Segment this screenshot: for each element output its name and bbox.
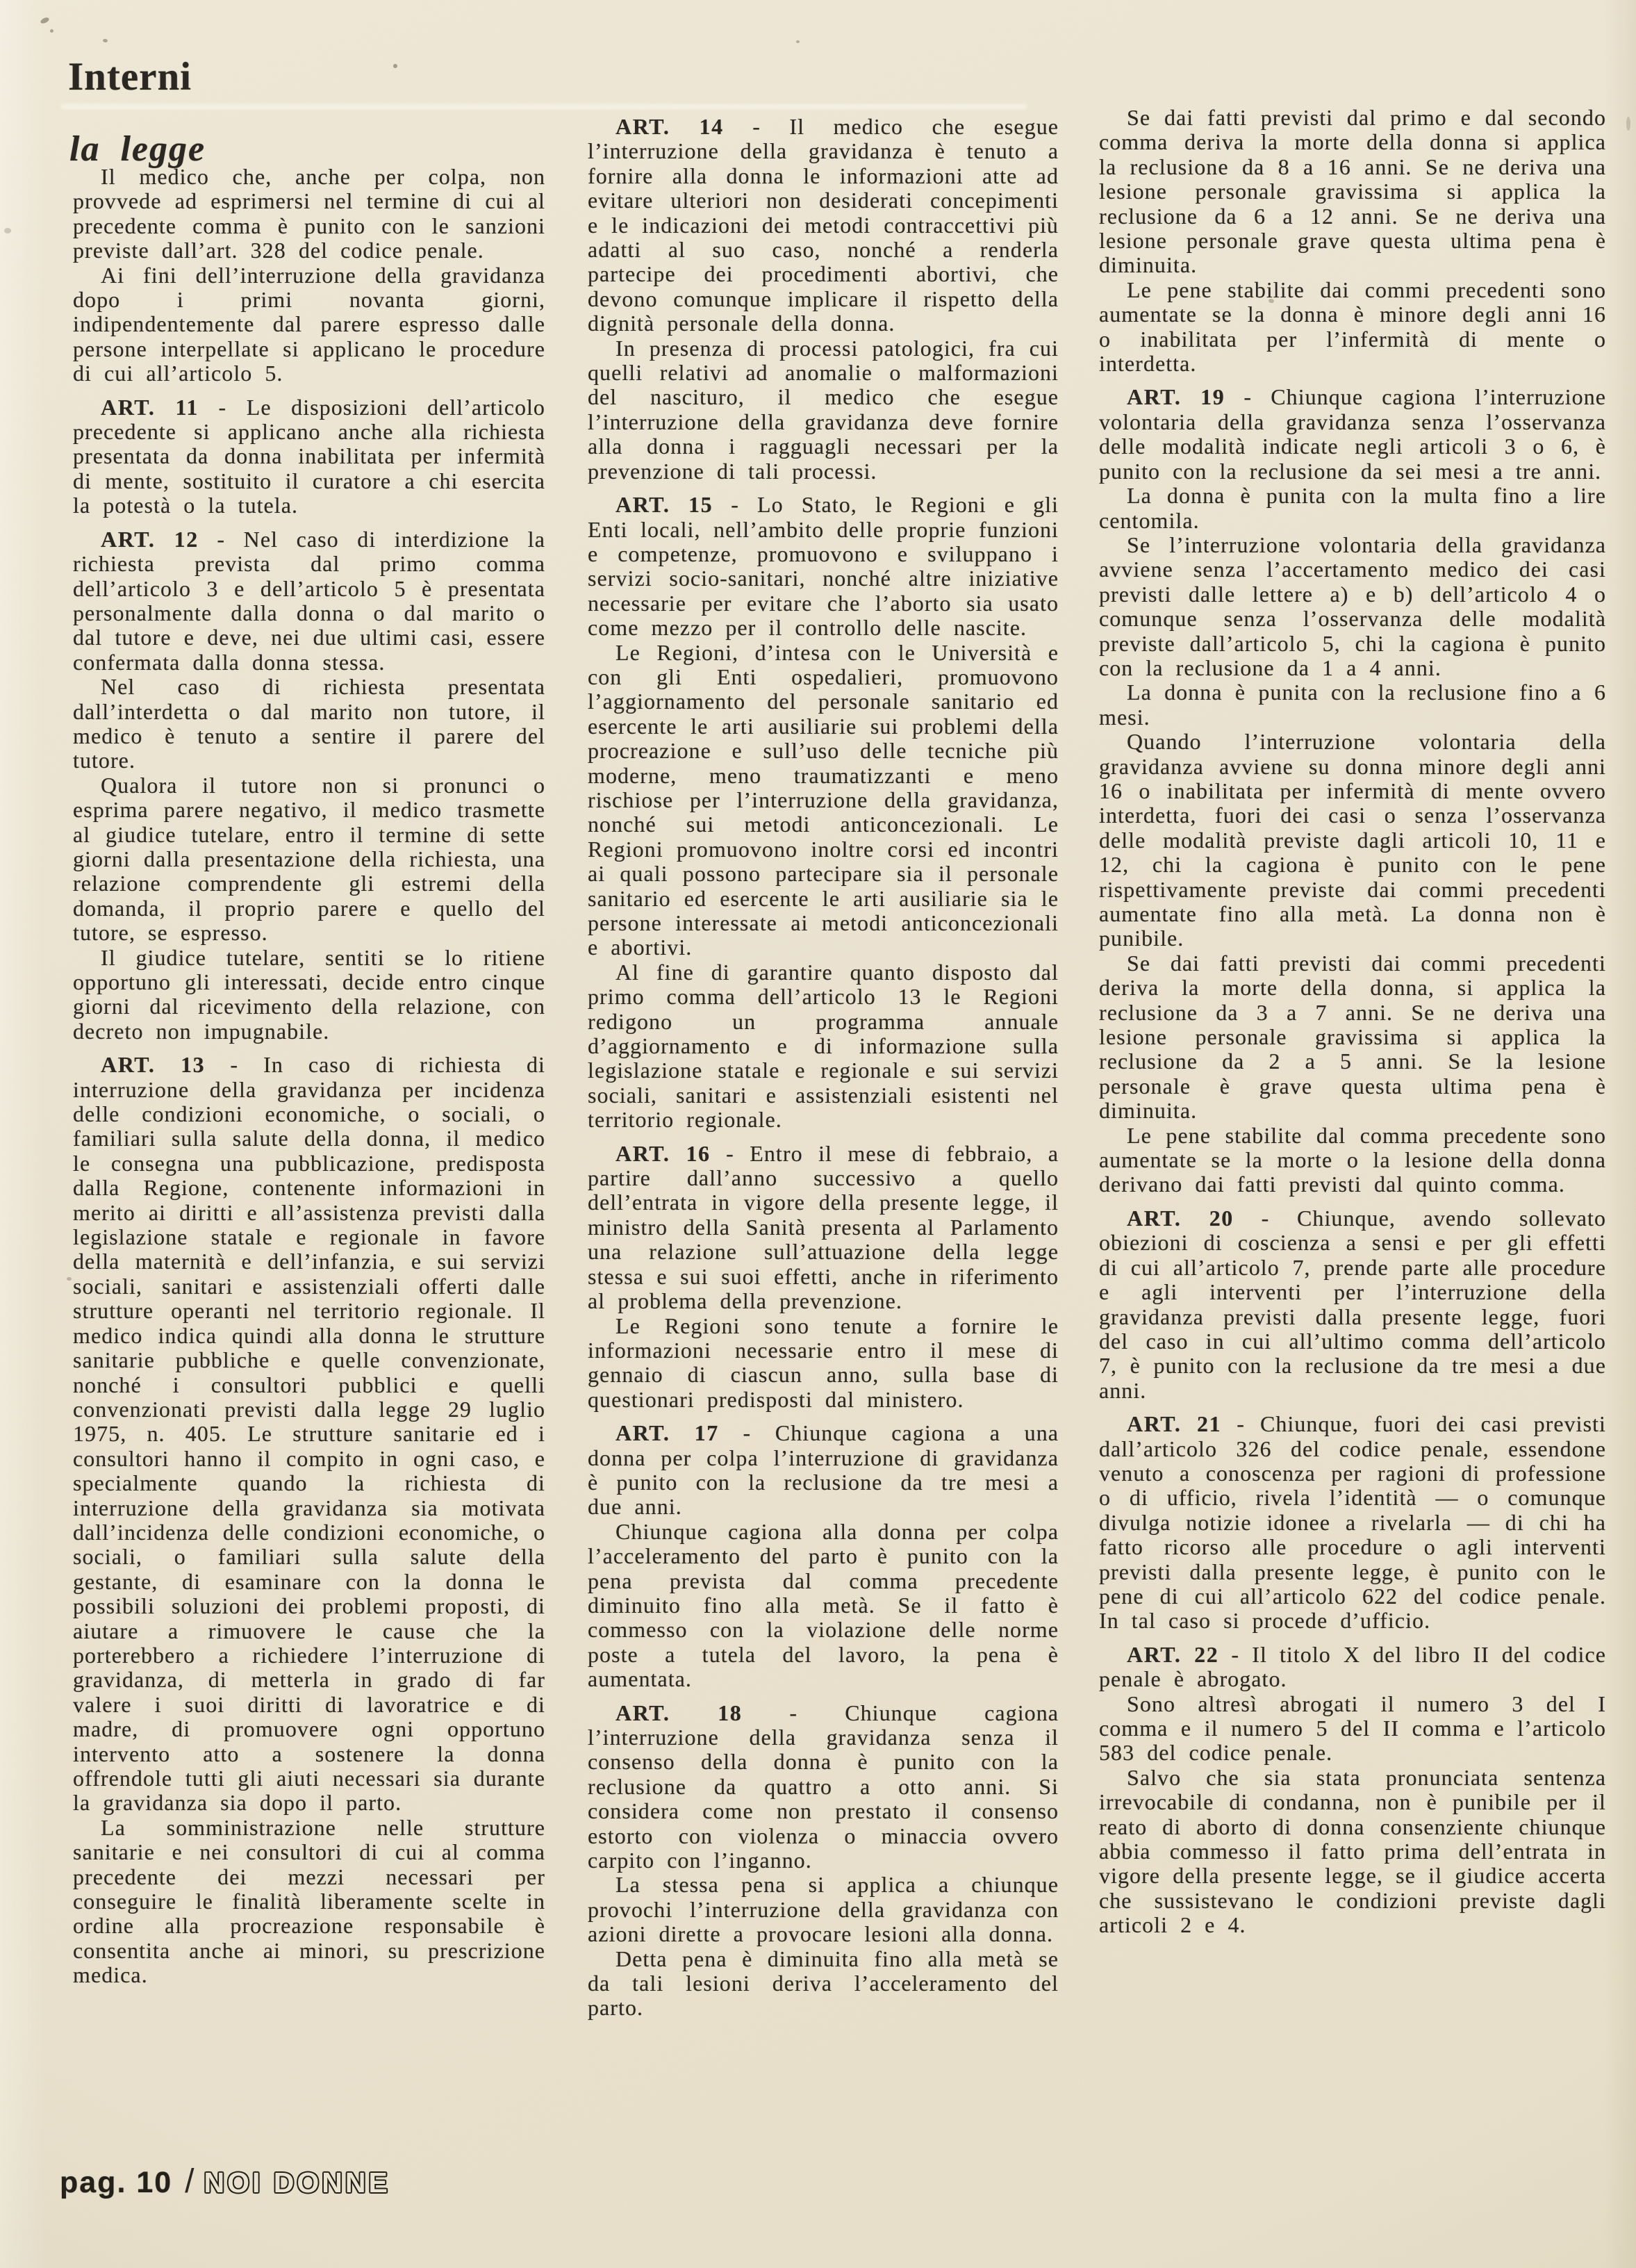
body-paragraph: Nel caso di richiesta presentata dall’in… <box>73 675 545 773</box>
article-number: ART. 15 <box>615 492 713 517</box>
body-paragraph: Quando l’interruzione volontaria della g… <box>1099 730 1606 951</box>
page-number-label: pag. 10 <box>60 2166 172 2200</box>
body-paragraph: Le Regioni, d’intesa con le Università e… <box>588 641 1059 960</box>
article-number: ART. 11 <box>101 395 199 420</box>
article-number: ART. 18 <box>615 1700 742 1725</box>
article-paragraph: ART. 15 - Lo Stato, le Regioni e gli Ent… <box>588 493 1059 640</box>
body-paragraph: Chiunque cagiona alla donna per colpa l’… <box>588 1520 1059 1692</box>
article-paragraph: ART. 21 - Chiunque, fuori dei casi previ… <box>1099 1412 1606 1634</box>
article-paragraph: ART. 13 - In caso di richiesta di interr… <box>73 1053 545 1816</box>
body-paragraph: Se dai fatti previsti dal primo e dal se… <box>1099 106 1606 278</box>
text-column-2: ART. 14 - Il medico che esegue l’interru… <box>588 106 1059 2021</box>
body-paragraph: La donna è punita con la multa fino a li… <box>1099 484 1606 533</box>
ink-speck <box>50 29 53 33</box>
text-column-3: Se dai fatti previsti dal primo e dal se… <box>1099 106 1606 1938</box>
body-paragraph: Le Regioni sono tenute a fornire le info… <box>588 1314 1059 1413</box>
body-paragraph: Detta pena è diminuita fino alla metà se… <box>588 1947 1059 2021</box>
article-paragraph: ART. 12 - Nel caso di interdizione la ri… <box>73 527 545 675</box>
section-header: Interni <box>68 54 192 99</box>
article-number: ART. 13 <box>101 1052 205 1077</box>
article-paragraph: ART. 18 - Chiunque cagiona l’interruzion… <box>588 1701 1059 1873</box>
body-paragraph: Sono altresì abrogati il numero 3 del I … <box>1099 1692 1606 1766</box>
ink-speck <box>67 1277 72 1281</box>
footer-separator: / <box>185 2162 194 2201</box>
article-paragraph: ART. 20 - Chiunque, avendo sollevato obi… <box>1099 1206 1606 1403</box>
ink-speck <box>1626 117 1630 131</box>
article-paragraph: ART. 11 - Le disposizioni dell’articolo … <box>73 395 545 518</box>
ink-speck <box>4 228 11 233</box>
ink-speck <box>103 38 108 42</box>
body-paragraph: Il medico che, anche per colpa, non prov… <box>73 165 545 263</box>
article-paragraph: ART. 22 - Il titolo X del libro II del c… <box>1099 1643 1606 1692</box>
article-number: ART. 20 <box>1127 1206 1234 1231</box>
body-paragraph: Se l’interruzione volontaria della gravi… <box>1099 533 1606 680</box>
page-footer: pag. 10 / NOI DONNE <box>60 2162 390 2201</box>
body-paragraph: Se dai fatti previsti dai commi preceden… <box>1099 951 1606 1124</box>
ink-speck <box>393 64 397 68</box>
body-paragraph: Qualora il tutore non si pronunci o espr… <box>73 773 545 946</box>
article-number: ART. 17 <box>615 1420 719 1445</box>
article-paragraph: ART. 17 - Chiunque cagiona a una donna p… <box>588 1421 1059 1520</box>
article-number: ART. 21 <box>1127 1411 1221 1436</box>
ink-speck <box>40 17 50 25</box>
ink-speck <box>796 40 800 43</box>
article-number: ART. 22 <box>1127 1642 1218 1667</box>
body-paragraph: La stessa pena si applica a chiunque pro… <box>588 1873 1059 1946</box>
body-paragraph: In presenza di processi patologici, fra … <box>588 336 1059 484</box>
article-paragraph: ART. 14 - Il medico che esegue l’interru… <box>588 115 1059 336</box>
body-paragraph: Salvo che sia stata pronunciata sentenza… <box>1099 1766 1606 1938</box>
body-paragraph: La somministrazione nelle strutture sani… <box>73 1816 545 1988</box>
article-paragraph: ART. 16 - Entro il mese di febbraio, a p… <box>588 1142 1059 1314</box>
text-column-1: Il medico che, anche per colpa, non prov… <box>73 165 545 1988</box>
scanned-magazine-page: Interni la legge Il medico che, anche pe… <box>0 0 1636 2268</box>
article-number: ART. 19 <box>1127 384 1225 409</box>
body-paragraph: Le pene stabilite dai commi precedenti s… <box>1099 278 1606 377</box>
body-paragraph: Le pene stabilite dal comma precedente s… <box>1099 1124 1606 1197</box>
article-number: ART. 12 <box>101 527 199 552</box>
article-number: ART. 14 <box>615 114 724 139</box>
body-paragraph: Ai fini dell’interruzione della gravidan… <box>73 263 545 386</box>
article-paragraph: ART. 19 - Chiunque cagiona l’interruzion… <box>1099 385 1606 484</box>
body-paragraph: Il giudice tutelare, sentiti se lo ritie… <box>73 946 545 1044</box>
body-paragraph: La donna è punita con la reclusione fino… <box>1099 680 1606 730</box>
article-number: ART. 16 <box>615 1141 711 1166</box>
magazine-logo: NOI DONNE <box>204 2167 390 2199</box>
body-paragraph: Al fine di garantire quanto disposto dal… <box>588 960 1059 1133</box>
